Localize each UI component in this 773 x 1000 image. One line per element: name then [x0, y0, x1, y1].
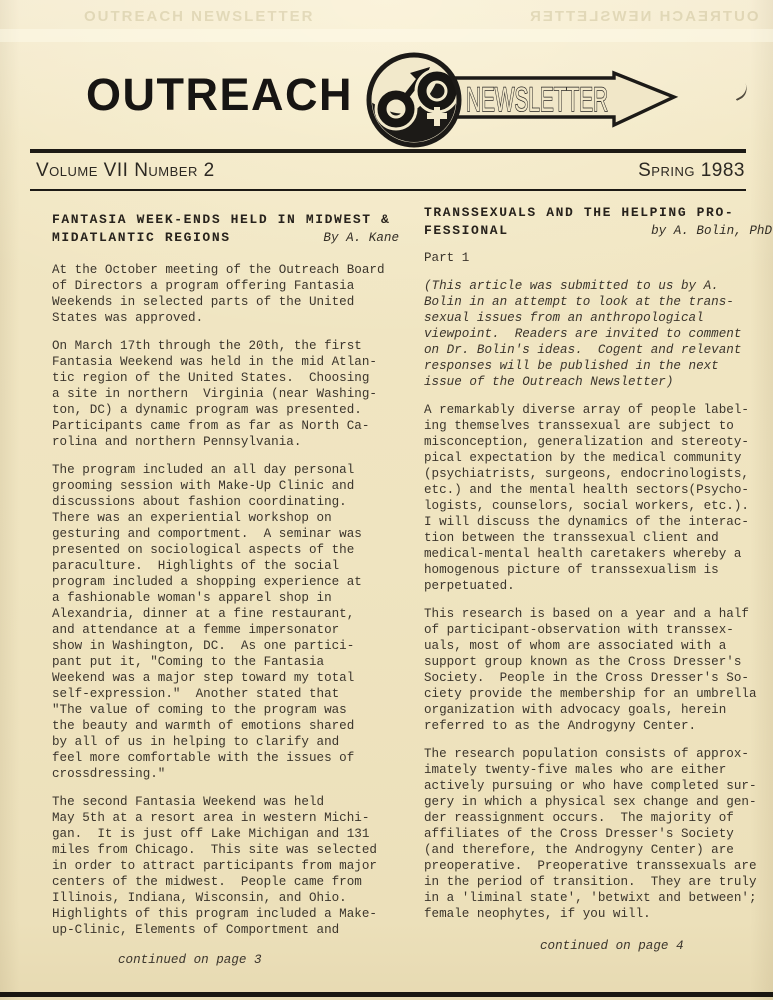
newsletter-page: OUTREACH NEWSLETTER OUTREACH NEWSLETTER … [0, 0, 773, 1000]
pen-mark [731, 83, 751, 101]
article-paragraph: The research population consists of appr… [424, 746, 772, 922]
masthead-title: OUTREACH [86, 72, 353, 117]
left-title-line1: FANTASIA WEEK-ENDS HELD IN MIDWEST & [52, 211, 399, 229]
article-paragraph: The second Fantasia Weekend was held May… [52, 794, 399, 938]
right-article-byline: by A. Bolin, PhD [651, 222, 772, 240]
left-article-byline: By A. Kane [323, 229, 399, 247]
editors-note: (This article was submitted to us by A. … [424, 278, 772, 390]
gender-symbols-emblem [364, 55, 460, 147]
bleedthrough-text-left: OUTREACH NEWSLETTER [84, 8, 315, 25]
article-paragraph: At the October meeting of the Outreach B… [52, 262, 399, 326]
continued-note-right: continued on page 4 [540, 938, 772, 954]
right-article-title: TRANSSEXUALS AND THE HELPING PRO- FESSIO… [424, 204, 772, 240]
article-paragraph: The program included an all day personal… [52, 462, 399, 782]
banner-label: NEWSLETTER [466, 81, 608, 119]
newsletter-logo: NEWSLETTER [362, 47, 692, 153]
article-paragraph: A remarkably diverse array of people lab… [424, 402, 772, 594]
volume-number: Volume VII Number 2 [36, 157, 215, 185]
part-label: Part 1 [424, 250, 772, 266]
left-article-title: FANTASIA WEEK-ENDS HELD IN MIDWEST & MID… [52, 211, 399, 247]
header-rule-bottom [30, 189, 746, 191]
newsletter-arrow-banner: NEWSLETTER [442, 73, 674, 125]
article-paragraph: On March 17th through the 20th, the firs… [52, 338, 399, 450]
right-title-line1: TRANSSEXUALS AND THE HELPING PRO- [424, 204, 772, 222]
article-paragraph: This research is based on a year and a h… [424, 606, 772, 734]
left-article-column: FANTASIA WEEK-ENDS HELD IN MIDWEST & MID… [52, 211, 399, 968]
issue-season: Spring 1983 [638, 157, 745, 185]
continued-note-left: continued on page 3 [118, 952, 399, 968]
scan-light-band [0, 29, 773, 42]
bleedthrough-text-right: OUTREACH NEWSLETTER [528, 8, 759, 25]
page-bottom-rule [0, 992, 773, 997]
right-article-column: TRANSSEXUALS AND THE HELPING PRO- FESSIO… [424, 204, 772, 954]
left-title-line2: MIDATLANTIC REGIONS [52, 229, 231, 247]
right-title-line2: FESSIONAL [424, 222, 509, 240]
header-rule-top [30, 149, 746, 153]
